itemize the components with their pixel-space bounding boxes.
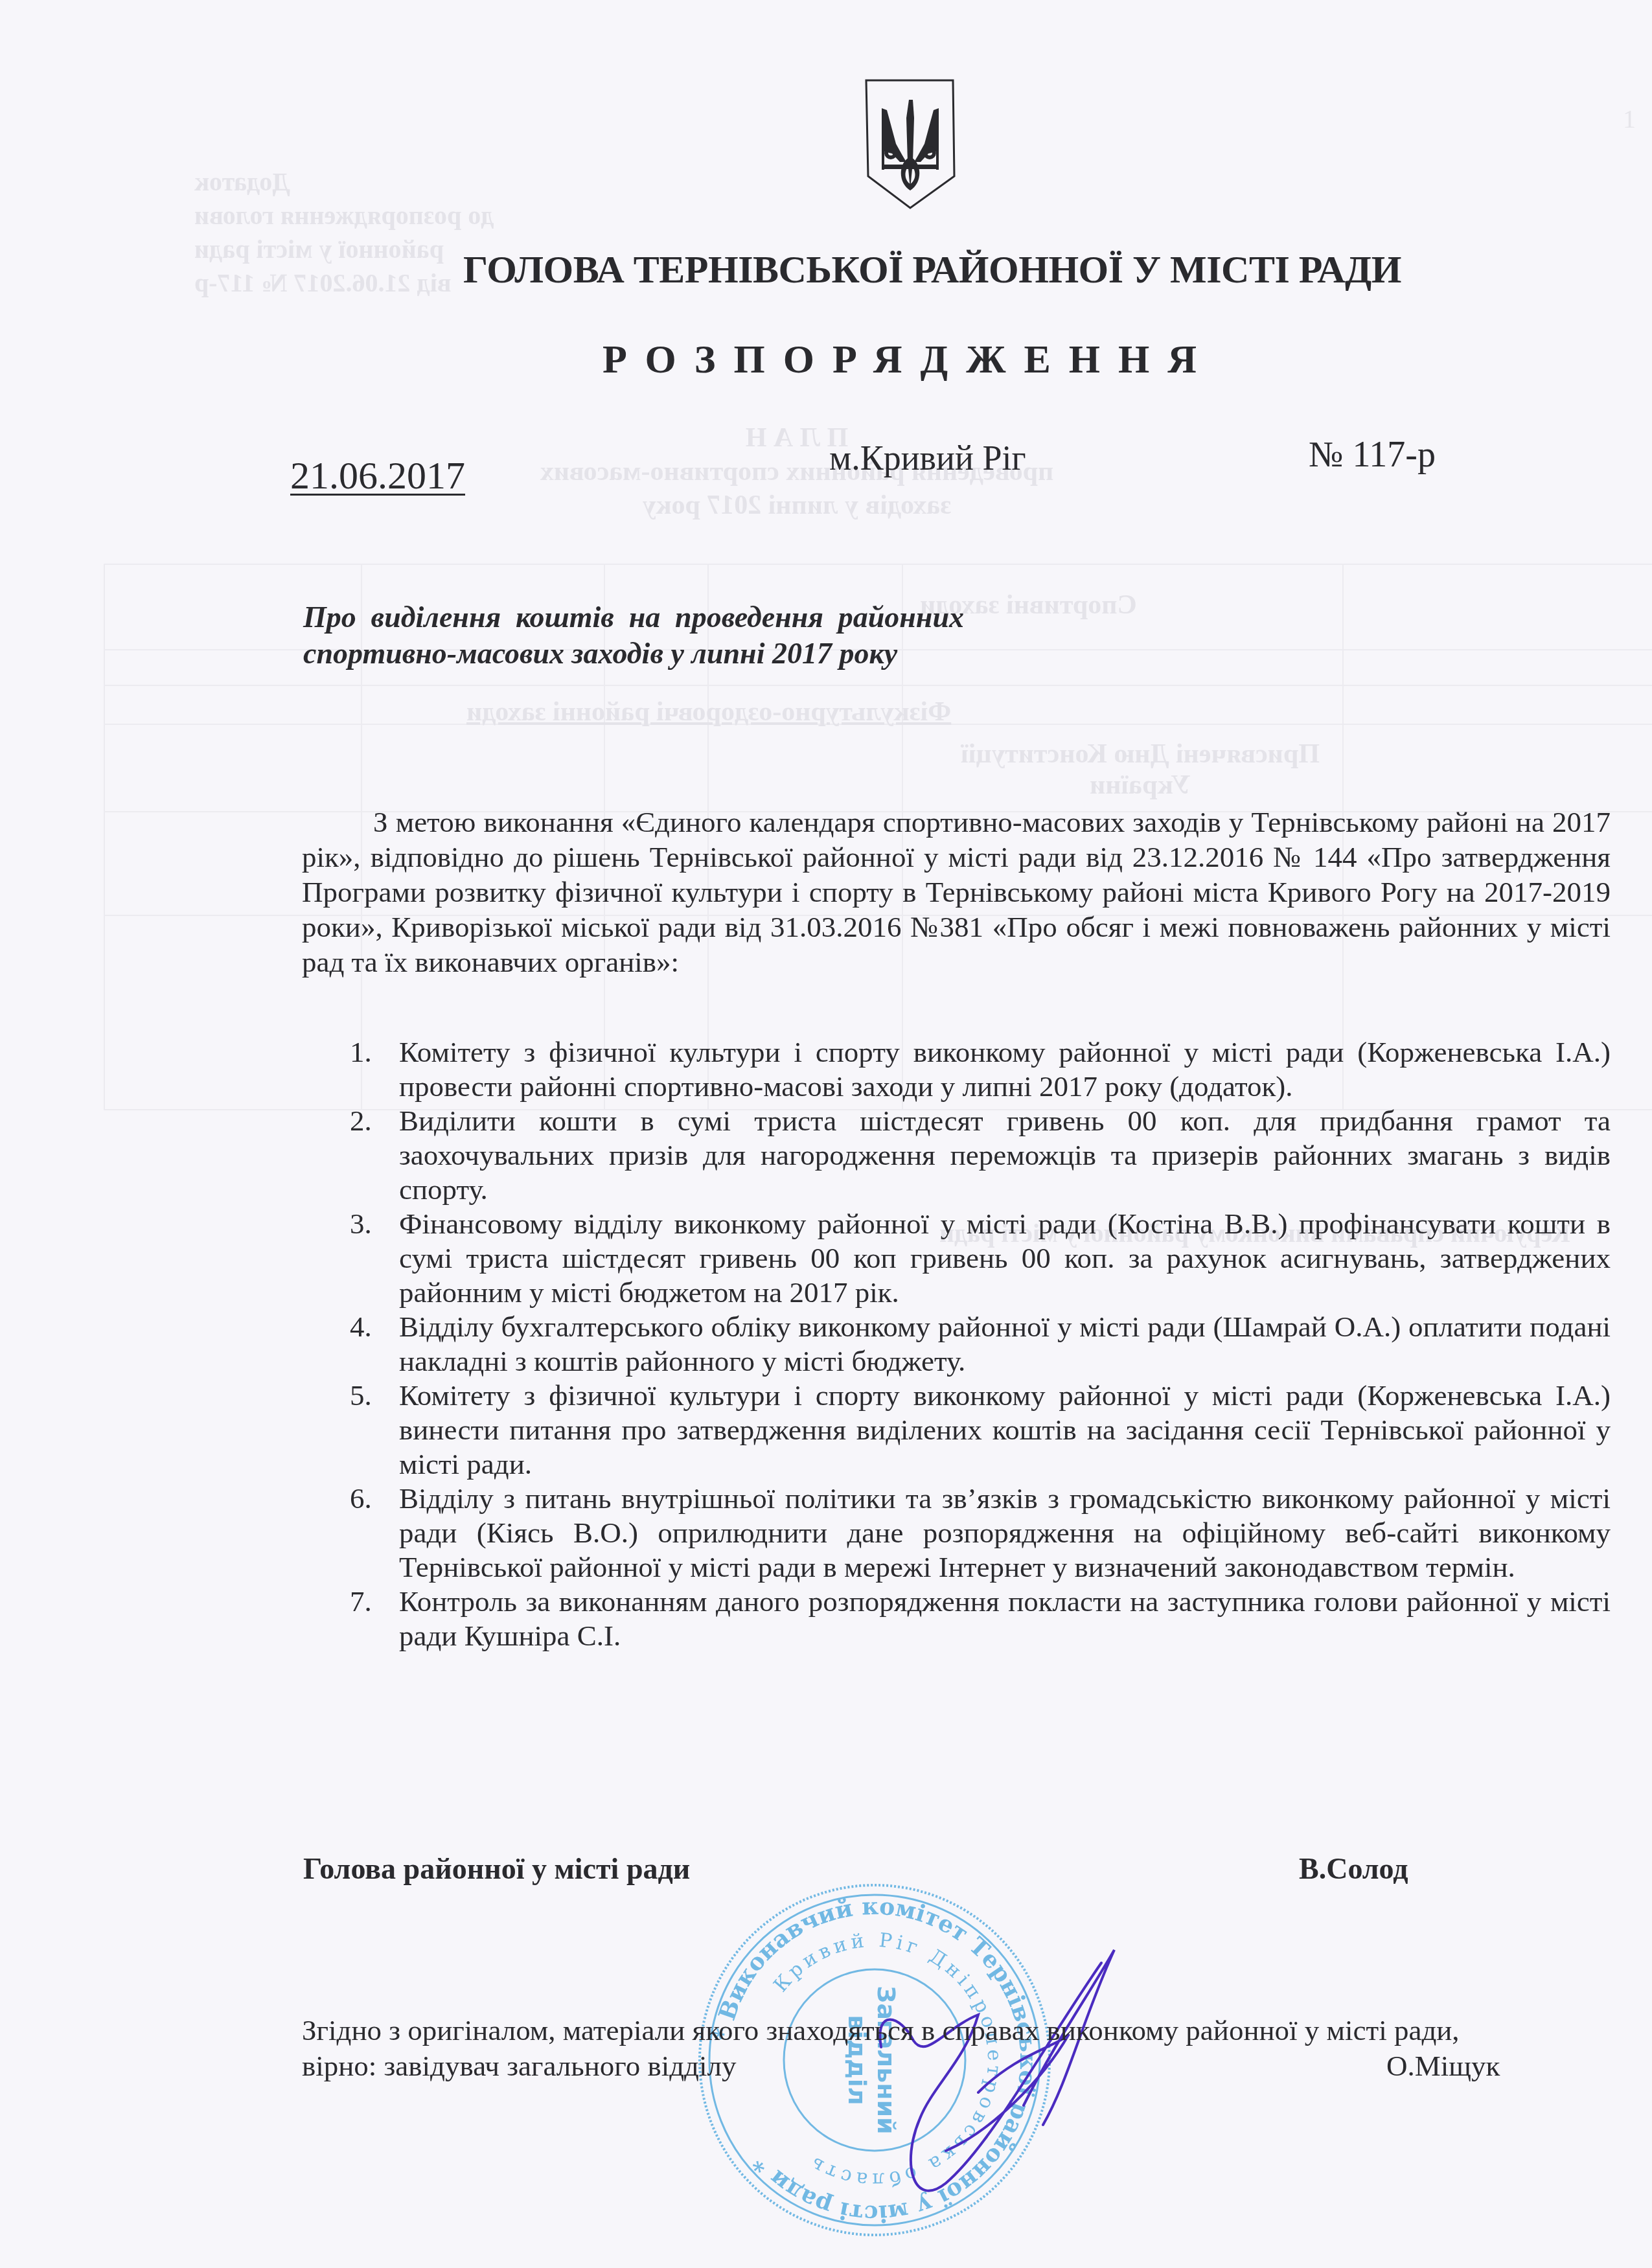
- order-number: 2.: [350, 1104, 372, 1138]
- preamble-text: З метою виконання «Єдиного календаря спо…: [302, 805, 1611, 979]
- order-item: 7.Контроль за виконанням даного розпоряд…: [350, 1585, 1611, 1653]
- bleed-rule: [105, 685, 1652, 686]
- document-city: м.Кривий Ріг: [829, 438, 1026, 478]
- document-type-title: РОЗПОРЯДЖЕННЯ: [602, 337, 1215, 383]
- order-item: 5.Комітету з фізичної культури і спорту …: [350, 1379, 1611, 1482]
- order-number: 7.: [350, 1585, 372, 1619]
- order-text: Відділу бухгалтерського обліку виконкому…: [399, 1311, 1611, 1377]
- signatory-title: Голова районної у місті ради: [303, 1851, 690, 1886]
- bleed-page-number: 1: [1623, 104, 1636, 134]
- document-subject: Про виділення коштів на проведення район…: [303, 599, 964, 672]
- certifier-name: О.Міщук: [1386, 2049, 1500, 2083]
- coat-of-arms-icon: [865, 79, 956, 210]
- bleed-text: до розпорядження голови: [194, 199, 583, 233]
- bleed-text: Додаток: [194, 165, 583, 199]
- order-number: 6.: [350, 1482, 372, 1516]
- order-text: Контроль за виконанням даного розпорядже…: [399, 1585, 1611, 1652]
- certification-role: вірно: завідувач загального відділу: [302, 2049, 736, 2083]
- bleed-text: заходів у липні 2017 року: [505, 488, 1088, 522]
- bleed-through-section: Фізкультурно-оздоровчі районні заходи: [466, 696, 951, 727]
- order-item: 3.Фінансовому відділу виконкому районної…: [350, 1207, 1611, 1310]
- bleed-through-row: Присвячені Дню Конституції України: [907, 739, 1373, 801]
- signatory-name: В.Солод: [1299, 1851, 1408, 1886]
- order-number: 1.: [350, 1035, 372, 1070]
- bleed-text: Фізкультурно-оздоровчі районні заходи: [466, 697, 951, 727]
- order-item: 6.Відділу з питань внутрішньої політики …: [350, 1482, 1611, 1585]
- handwritten-signature-icon: [875, 1937, 1121, 2228]
- order-number: 3.: [350, 1207, 372, 1241]
- order-text: Фінансовому відділу виконкому районної у…: [399, 1208, 1611, 1309]
- order-item: 2.Виділити кошти в сумі триста шістдесят…: [350, 1104, 1611, 1207]
- order-item: 1.Комітету з фізичної культури і спорту …: [350, 1035, 1611, 1104]
- orders-list: 1.Комітету з фізичної культури і спорту …: [350, 1035, 1611, 1653]
- order-item: 4.Відділу бухгалтерського обліку виконко…: [350, 1310, 1611, 1379]
- order-number: 4.: [350, 1310, 372, 1344]
- certification-line: Згідно з оригіналом, матеріали якого зна…: [302, 2013, 1611, 2047]
- order-text: Відділу з питань внутрішньої політики та…: [399, 1482, 1611, 1583]
- order-text: Комітету з фізичної культури і спорту ви…: [399, 1036, 1611, 1103]
- order-text: Комітету з фізичної культури і спорту ви…: [399, 1379, 1611, 1480]
- order-number: 5.: [350, 1379, 372, 1413]
- preamble: З метою виконання «Єдиного календаря спо…: [302, 805, 1611, 979]
- authority-title: ГОЛОВА ТЕРНІВСЬКОЇ РАЙОННОЇ У МІСТІ РАДИ: [463, 247, 1401, 292]
- order-text: Виділити кошти в сумі триста шістдесят г…: [399, 1105, 1611, 1206]
- bleed-text: Присвячені Дню Конституції України: [961, 739, 1320, 800]
- document-date: 21.06.2017: [290, 453, 465, 498]
- document-number: № 117-р: [1309, 434, 1436, 475]
